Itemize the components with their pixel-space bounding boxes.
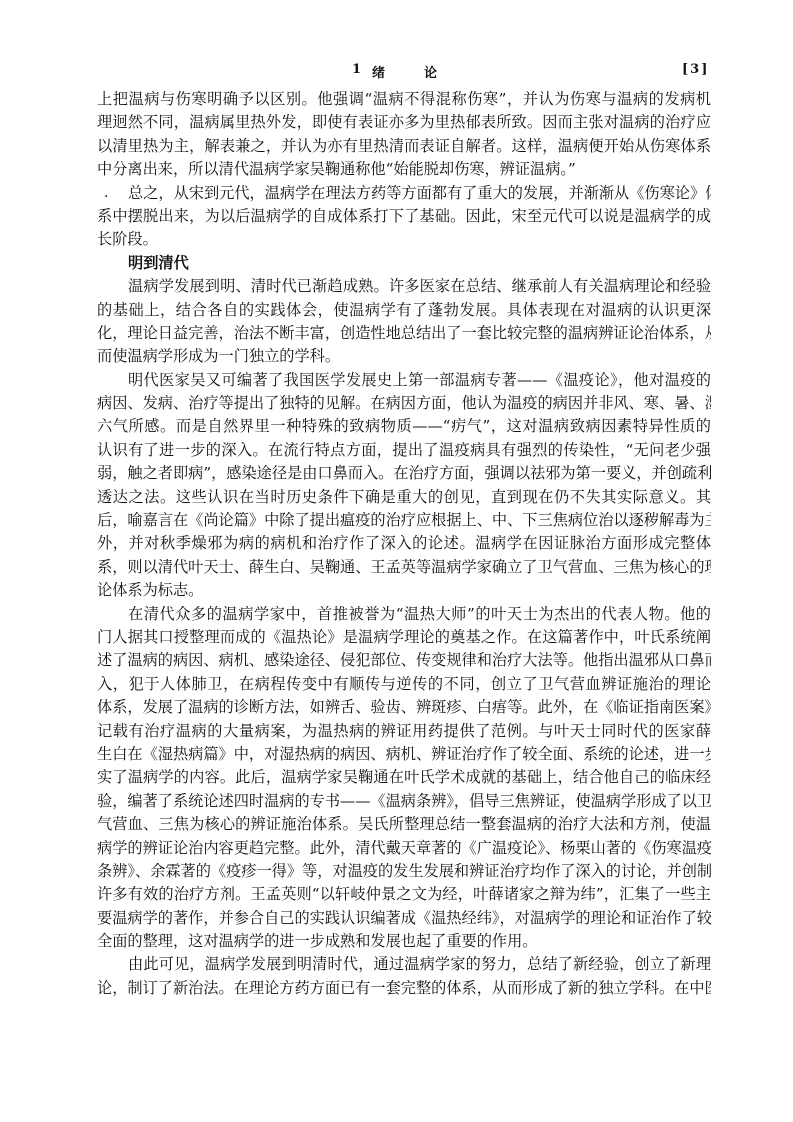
running-header: 1 绪 论 [3] [0,62,793,82]
text-line: 论，制订了新治法。在理论方药方面已有一套完整的体系，从而形成了新的独立学科。在中… [97,977,711,1000]
text-line: 长阶段。 [97,228,711,251]
text-line: 后，喻嘉言在《尚论篇》中除了提出瘟疫的治疗应根据上、中、下三焦病位治以逐秽解毒为… [97,509,711,532]
text-line: 而使温病学形成为一门独立的学科。 [97,345,711,368]
text-line: 病因、发病、治疗等提出了独特的见解。在病因方面，他认为温疫的病因并非风、寒、暑、… [97,392,711,415]
text-line: 入，犯于人体肺卫，在病程传变中有顺传与逆传的不同，创立了卫气营血辨证施治的理论 [97,673,711,696]
text-line: 的基础上，结合各自的实践体会，使温病学有了蓬勃发展。具体表现在对温病的认识更深 [97,299,711,322]
text-line: 透达之法。这些认识在当时历史条件下确是重大的创见，直到现在仍不失其实际意义。其 [97,486,711,509]
text-line: 体系，发展了温病的诊断方法，如辨舌、验齿、辨斑疹、白痦等。此外，在《临证指南医案… [97,696,711,719]
text-line: 上把温病与伤寒明确予以区别。他强调“温病不得混称伤寒”，并认为伤寒与温病的发病机 [97,88,711,111]
text-line: 许多有效的治疗方剂。王孟英则“以轩岐仲景之文为经，叶薛诸家之辩为纬”，汇集了一些… [97,883,711,906]
section-heading: 明到清代 [97,252,711,275]
text-line: 记载有治疗温病的大量病案，为温热病的辨证用药提供了范例。与叶天士同时代的医家薛 [97,720,711,743]
text-line: 理迥然不同，温病属里热外发，即使有表证亦多为里热郁表所致。因而主张对温病的治疗应 [97,111,711,134]
text-line: 总之，从宋到元代，温病学在理法方药等方面都有了重大的发展，并渐渐从《伤寒论》体 [97,182,711,205]
page-number: [3] [682,62,709,77]
chapter-title-part-2: 论 [424,62,437,81]
text-line: 条辨》、余霖著的《疫疹一得》等，对温疫的发生发展和辨证治疗均作了深入的讨论，并创… [97,860,711,883]
text-line: 温病学发展到明、清时代已渐趋成熟。许多医家在总结、继承前人有关温病理论和经验 [97,275,711,298]
chapter-number: 1 [352,62,361,77]
text-line: 认识有了进一步的深入。在流行特点方面，提出了温疫病具有强烈的传染性，“无问老少强 [97,439,711,462]
text-line: 门人据其口授整理而成的《温热论》是温病学理论的奠基之作。在这篇著作中，叶氏系统阐 [97,626,711,649]
text-line: 弱，触之者即病”，感染途径是由口鼻而入。在治疗方面，强调以祛邪为第一要义，并创疏… [97,462,711,485]
text-line: 述了温病的病因、病机、感染途径、侵犯部位、传变规律和治疗大法等。他指出温邪从口鼻… [97,649,711,672]
text-line: 以清里热为主，解表兼之，并认为亦有里热清而表证自解者。这样，温病便开始从伤寒体系 [97,135,711,158]
text-line: 要温病学的著作，并参合自己的实践认识编著成《温热经纬》，对温病学的理论和证治作了… [97,907,711,930]
chapter-title-part-1: 绪 [372,62,385,81]
text-line: 明代医家吴又可编著了我国医学发展史上第一部温病专著——《温疫论》，他对温疫的 [97,369,711,392]
text-line: 生白在《湿热病篇》中，对湿热病的病因、病机、辨证治疗作了较全面、系统的论述，进一… [97,743,711,766]
text-line: 由此可见，温病学发展到明清时代，通过温病学家的努力，总结了新经验，创立了新理 [97,953,711,976]
text-line: 六气所感。而是自然界里一种特殊的致病物质——“疠气”，这对温病致病因素特异性质的 [97,415,711,438]
text-line: 论体系为标志。 [97,579,711,602]
text-line: 全面的整理，这对温病学的进一步成熟和发展也起了重要的作用。 [97,930,711,953]
text-line: 病学的辨证论治内容更趋完整。此外，清代戴天章著的《广温疫论》、杨栗山著的《伤寒温… [97,837,711,860]
text-line: 验，编著了系统论述四时温病的专书——《温病条辨》，倡导三焦辨证，使温病学形成了以… [97,790,711,813]
body-text: 上把温病与伤寒明确予以区别。他强调“温病不得混称伤寒”，并认为伤寒与温病的发病机… [97,88,711,1000]
text-line: 中分离出来，所以清代温病学家吴鞠通称他“始能脱却伤寒，辨证温病。” [97,158,711,181]
text-line: 系中摆脱出来，为以后温病学的自成体系打下了基础。因此，宋至元代可以说是温病学的成 [97,205,711,228]
text-line: 化，理论日益完善，治法不断丰富，创造性地总结出了一套比较完整的温病辨证论治体系，… [97,322,711,345]
text-line: 在清代众多的温病学家中，首推被誉为“温热大师”的叶天士为杰出的代表人物。他的 [97,603,711,626]
text-line: 实了温病学的内容。此后，温病学家吴鞠通在叶氏学术成就的基础上，结合他自己的临床经 [97,766,711,789]
text-line: 外，并对秋季燥邪为病的病机和治疗作了深入的论述。温病学在因证脉治方面形成完整体 [97,532,711,555]
text-line: 气营血、三焦为核心的辨证施治体系。吴氏所整理总结一整套温病的治疗大法和方剂，使温 [97,813,711,836]
text-line: 系，则以清代叶天士、薛生白、吴鞠通、王孟英等温病学家确立了卫气营血、三焦为核心的… [97,556,711,579]
